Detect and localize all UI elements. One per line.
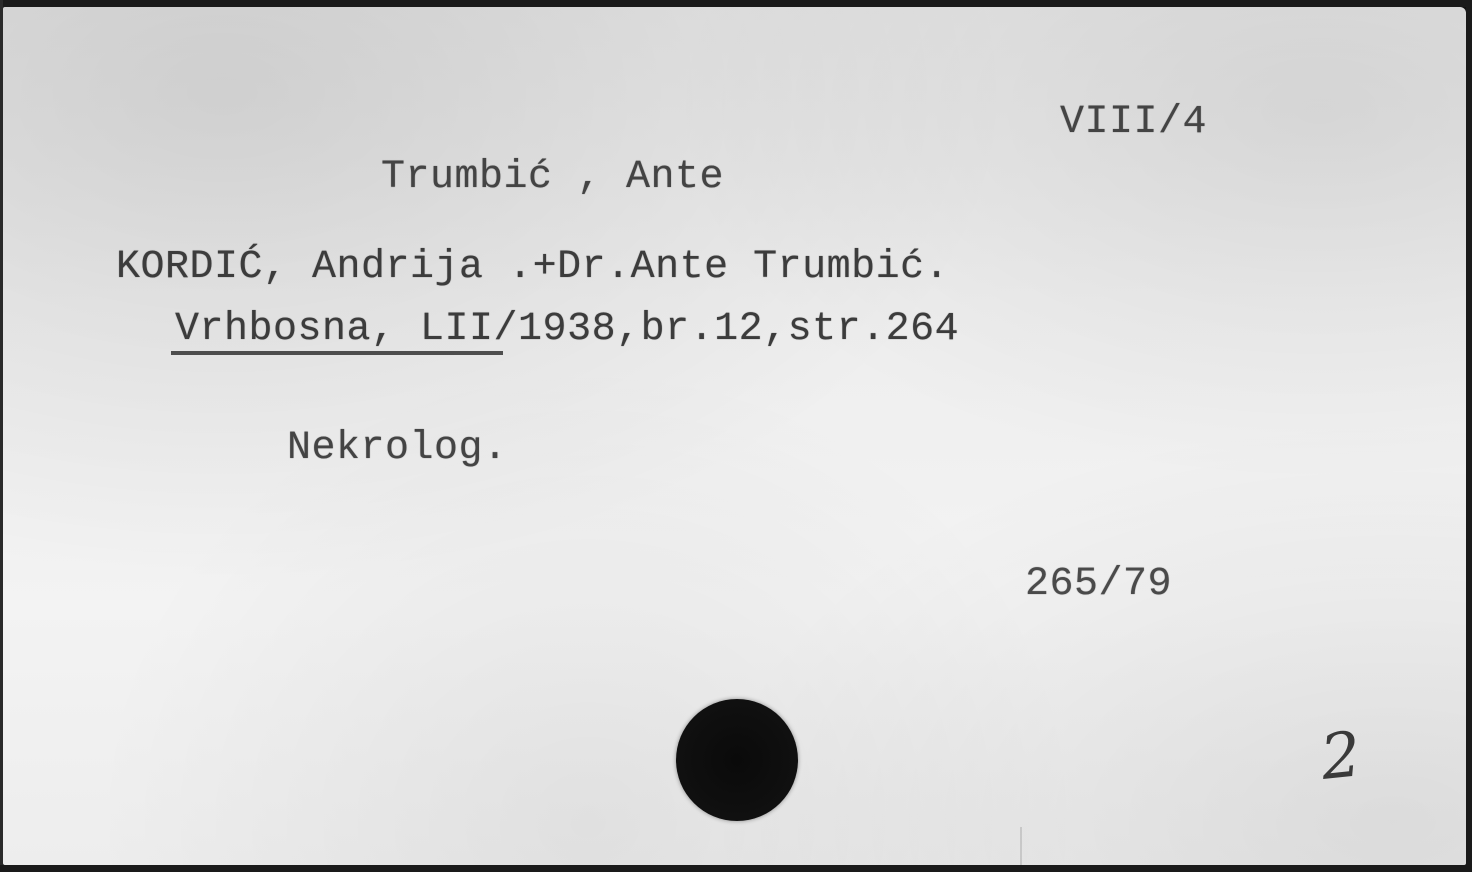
scan-border-right (1466, 0, 1472, 872)
paper-crease (1020, 827, 1022, 865)
punch-hole (676, 699, 798, 821)
scan-border-bottom (0, 865, 1472, 872)
subject-heading: Trumbić , Ante (381, 155, 724, 200)
handwritten-mark: 2 (1317, 717, 1364, 794)
scan-border-top (0, 0, 1472, 7)
bibliographic-entry-line2: Vrhbosna, LII/1938,br.12,str.264 (175, 307, 959, 352)
bibliographic-entry-line1: KORDIĆ, Andrija .+Dr.Ante Trumbić. (116, 245, 949, 290)
accession-number: 265/79 (1025, 562, 1172, 607)
journal-title-underline (171, 351, 503, 355)
catalog-card: VIII/4 Trumbić , Ante KORDIĆ, Andrija .+… (3, 7, 1466, 865)
note: Nekrolog. (287, 426, 508, 471)
call-number: VIII/4 (1060, 100, 1207, 145)
